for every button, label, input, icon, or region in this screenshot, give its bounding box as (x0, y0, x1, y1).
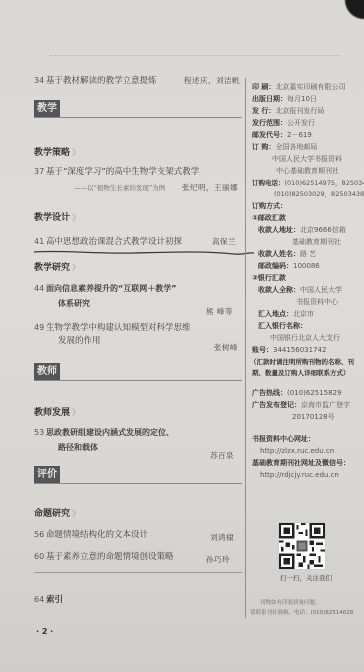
section-header-teacher: 教师 (34, 363, 60, 380)
colophon-line: 中国人民大学书报资料 (272, 154, 342, 164)
section-divider (34, 572, 242, 573)
toc-title: 基于素养立意的命题情境创设策略 (46, 551, 174, 563)
chevron-icon: 》 (72, 509, 80, 518)
website-link[interactable]: http://rdjcjy.ruc.edu.cn (260, 470, 339, 480)
footer-note: 请联系刊社调换，电话：(010)82514628 (250, 608, 353, 618)
colophon-line: 广告热线：(010)62515829 (252, 388, 341, 398)
toc-author: 张树峰 (214, 342, 238, 354)
toc-author: 程述庆，刘洁帆 (184, 75, 240, 87)
colophon-line: （汇款时请注明所购刊物的名称、刊 (250, 357, 354, 367)
faded-divider (50, 55, 340, 56)
handwritten-underline (34, 249, 254, 257)
toc-title-line2: 路径和载体 (58, 442, 98, 454)
section-header-teaching: 教学 (34, 100, 60, 117)
toc-title: 高中思想政治课混合式教学设计初探 (46, 236, 182, 248)
chevron-icon: 》 (72, 408, 80, 417)
subsection-teaching-research: 教学研究》 (34, 260, 80, 273)
toc-title: 基于“深度学习”的高中生物学支架式教学 (46, 166, 199, 178)
colophon-line: 账号：344156031742 (252, 345, 326, 355)
colophon-line: 广告发布登记：京海市监广登字 (252, 400, 350, 410)
toc-title: 思政教研组建设内涵式发展的定位、 (46, 427, 174, 439)
section-divider (34, 380, 242, 381)
subsection-exam-research: 命题研究》 (34, 506, 80, 519)
toc-author: 张纪明，王丽娜 (182, 182, 238, 194)
page-corner-shadow (336, 0, 364, 22)
toc-title: 索引 (46, 594, 63, 606)
toc-title-line2: 发展的作用 (58, 335, 101, 347)
toc-title: 生物学教学中构建认知模型对科学思维 (46, 322, 191, 334)
colophon-line: 中心基础教育期刊社 (276, 166, 339, 176)
colophon-line: 汇入地点：北京市 (258, 309, 314, 319)
toc-subtitle: ——以“植物生长素的发现”为例 (74, 182, 165, 194)
colophon-line: 20170128号 (292, 412, 335, 422)
chevron-icon: 》 (72, 148, 80, 157)
qr-code[interactable] (278, 522, 326, 570)
subsection-label: 命题研究 (34, 509, 70, 519)
colophon-line: ②银行汇款 (252, 273, 286, 283)
website-link[interactable]: http://zlzx.ruc.edu.cn (260, 446, 334, 456)
toc-author: 孙巧玲 (206, 554, 230, 566)
colophon-line: 印 刷：北京嘉实印刷有限公司 (252, 82, 345, 92)
footer-note: 刊物如有印装质量问题， (260, 598, 321, 608)
section-divider (34, 483, 242, 484)
colophon-line: 订购电话：(010)62514975，82503412 (252, 178, 364, 188)
toc-title-line2: 体系研究 (58, 298, 90, 310)
chevron-icon: 》 (72, 263, 80, 272)
column-divider (245, 78, 246, 618)
subsection-label: 教学研究 (34, 263, 70, 273)
subsection-label: 教学设计 (34, 213, 70, 223)
colophon-line: 邮发代号：2－619 (252, 130, 312, 140)
section-divider (34, 117, 242, 118)
colophon-line: 书报资料中心网址： (252, 434, 315, 444)
colophon-line: 订 购：全国各地邮局 (252, 142, 317, 152)
subsection-label: 教师发展 (34, 408, 70, 418)
toc-author: 苏百泉 (210, 450, 234, 462)
colophon-line: 发行范围：公开发行 (252, 118, 315, 128)
toc-author: 刘鸿棣 (210, 532, 234, 544)
colophon-line: 出版日期：每月10日 (252, 94, 317, 104)
colophon-line: 收款人全称：中国人民大学 (258, 285, 342, 295)
colophon-line: 订购方式： (252, 201, 287, 211)
colophon-line: 基础教育期刊社 (292, 237, 341, 247)
colophon-line: 书报资料中心 (296, 297, 338, 307)
qr-caption: 扫一扫，关注我们 (280, 573, 332, 583)
colophon-line: ①邮政汇款 (252, 213, 286, 223)
section-header-evaluation: 评价 (34, 466, 60, 483)
subsection-label: 教学策略 (34, 148, 70, 158)
subsection-teacher-development: 教师发展》 (34, 405, 80, 418)
colophon-line: 期、数量及订购人详细联系方式） (252, 368, 350, 378)
toc-title: 基于教材解读的教学立意提炼 (46, 75, 157, 87)
toc-title: 命题情境结构化的文本设计 (46, 529, 148, 541)
colophon-line: 发 行：北京报刊发行局 (252, 106, 324, 116)
colophon-line: 邮政编码：100086 (258, 261, 320, 271)
colophon-line: 中国银行北京人大支行 (270, 333, 340, 343)
colophon-line: (010)82503029，82503438 (274, 189, 364, 199)
colophon-line: 收款人姓名：路 艺 (258, 249, 316, 259)
chevron-icon: 》 (72, 213, 80, 222)
colophon-line: 汇入银行名称： (258, 321, 307, 331)
toc-title: 面向信息素养提升的“互联网＋教学” (46, 283, 177, 295)
toc-author: 熊 峰等 (206, 306, 233, 318)
magazine-page: 34 基于教材解读的教学立意提炼 程述庆，刘洁帆 教学 教学策略》 37 基于“… (0, 0, 364, 672)
page-number: · 2 · (36, 627, 53, 636)
colophon-line: 基础教育期刊社网址及微信号： (252, 458, 350, 468)
colophon-line: 收款人地址：北京9666信箱 (258, 225, 346, 235)
subsection-teaching-strategy: 教学策略》 (34, 145, 80, 158)
subsection-teaching-design: 教学设计》 (34, 210, 80, 223)
toc-author: 高保兰 (212, 236, 236, 248)
